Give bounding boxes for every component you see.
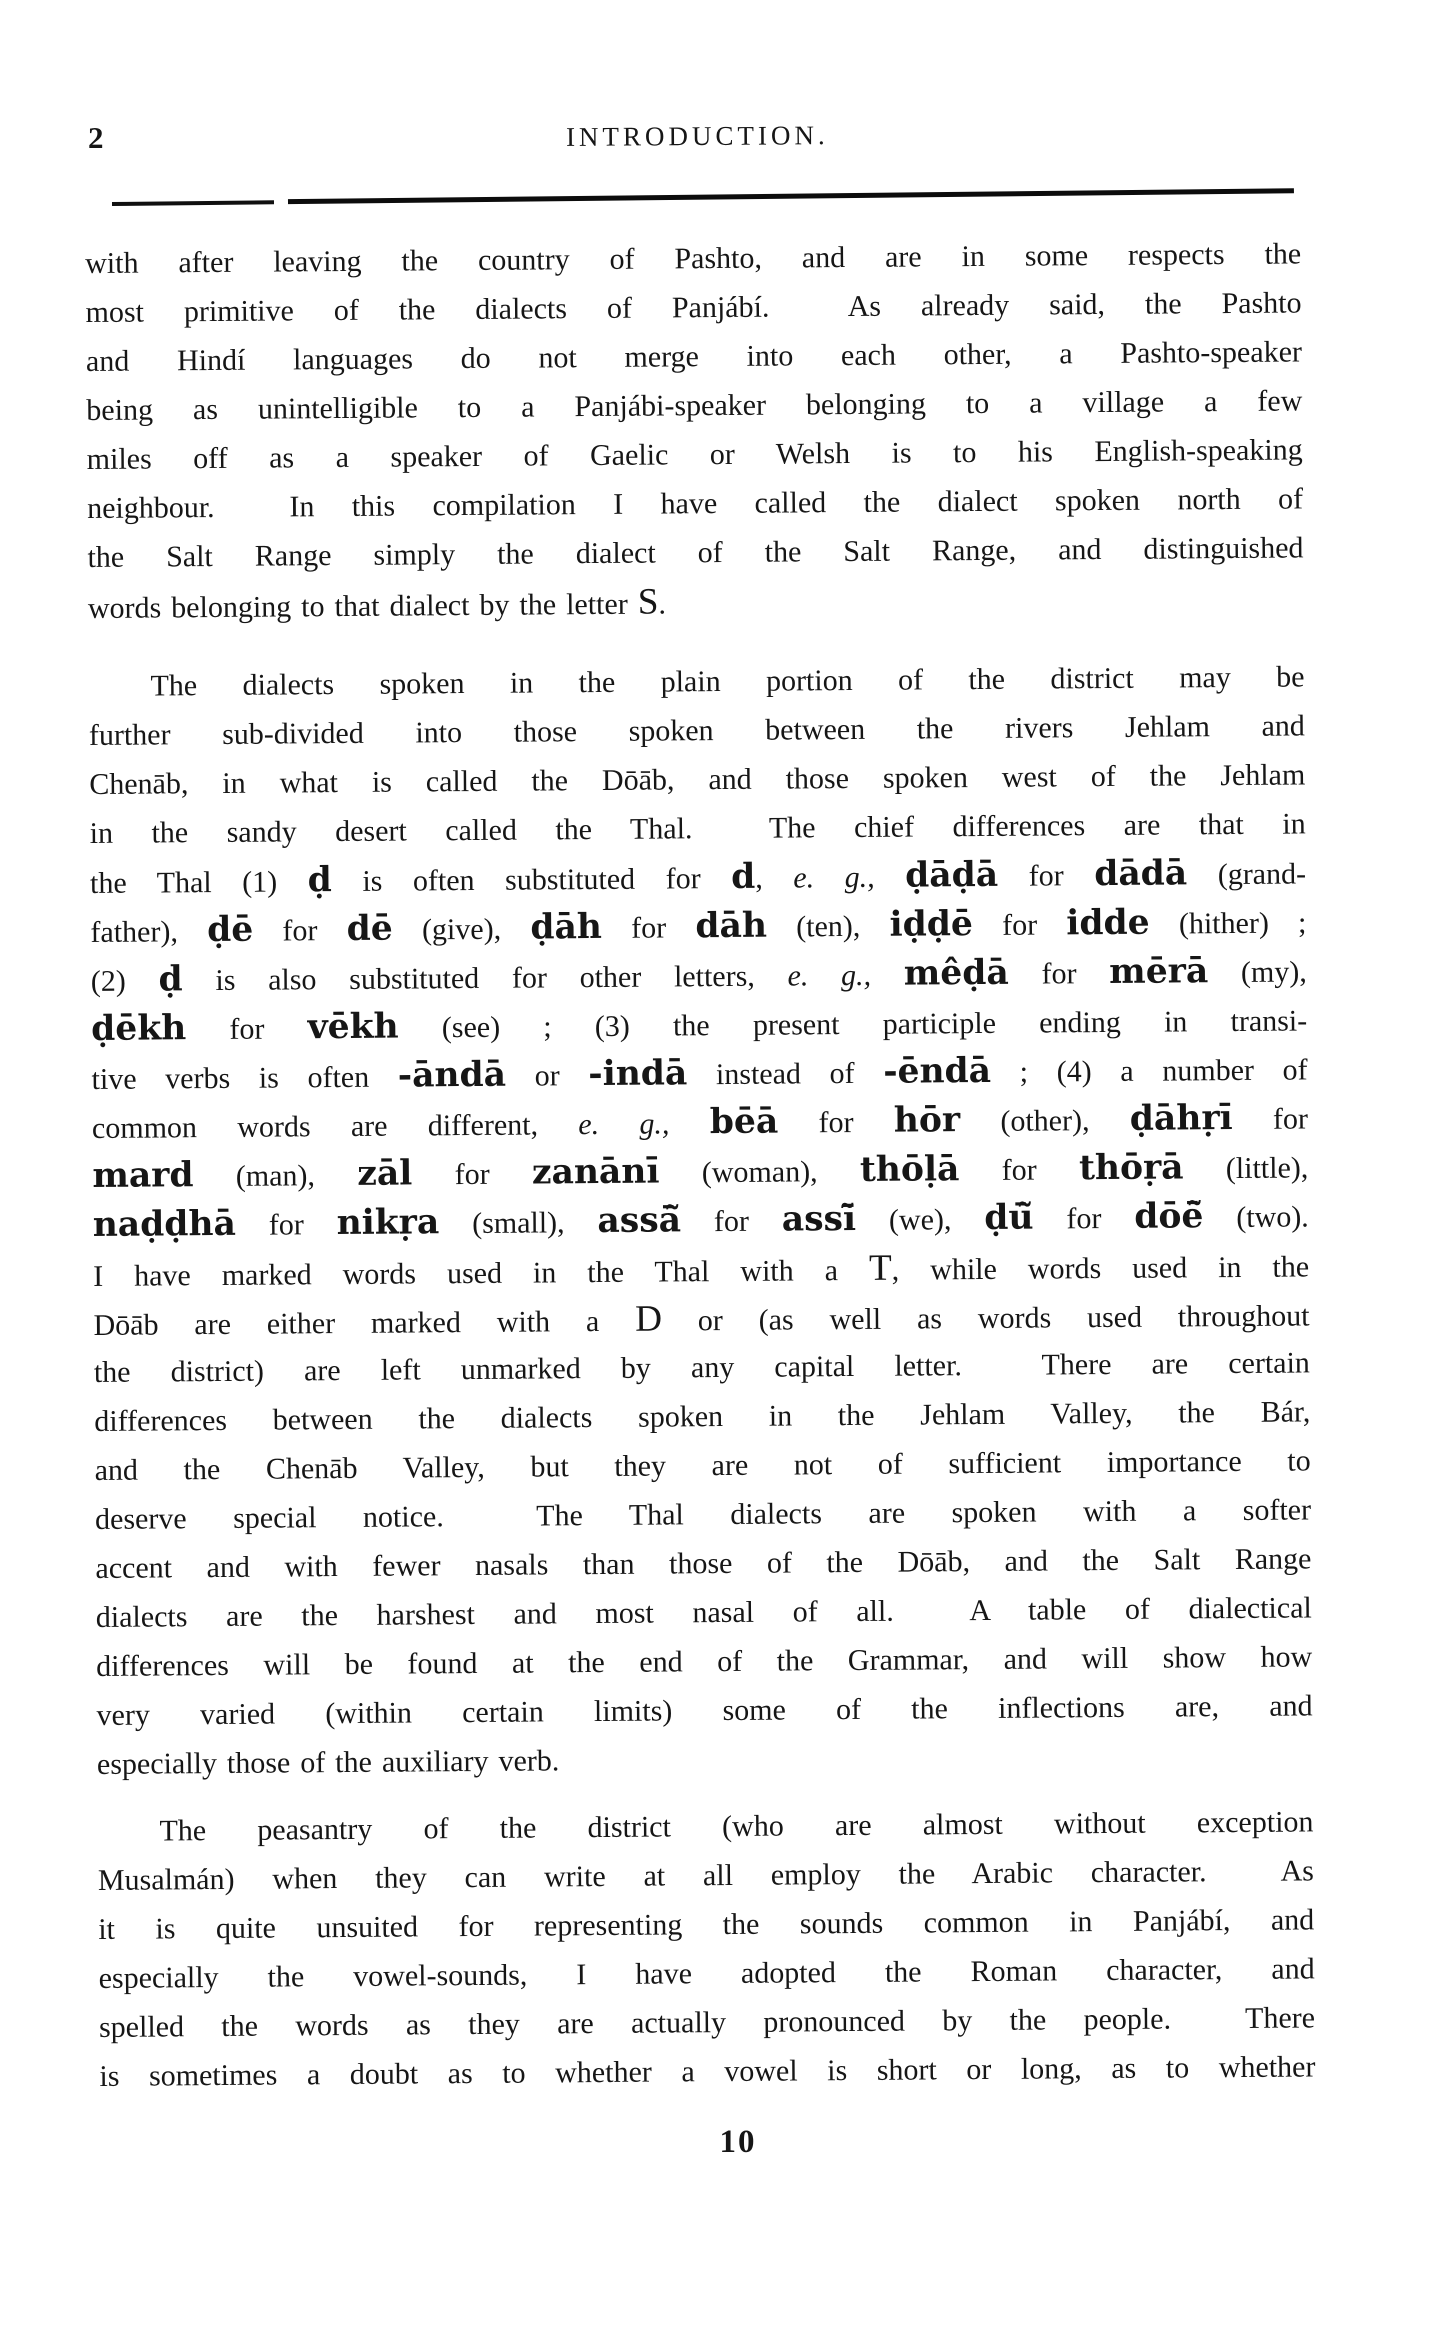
body-text: for bbox=[412, 1158, 532, 1192]
body-text: Chenāb, in what is called the Dōāb, and … bbox=[89, 758, 1305, 801]
dialect-word: assā̃ bbox=[597, 1200, 681, 1241]
dialect-word: ḍū̃ bbox=[984, 1198, 1034, 1238]
dialect-word: -ēndā bbox=[883, 1051, 991, 1092]
dialect-word: assī̃ bbox=[782, 1199, 857, 1240]
marker-capital-letter: S bbox=[638, 582, 659, 623]
body-text: (see) ; (3) the present participle endin… bbox=[399, 1004, 1308, 1044]
dialect-word: idde bbox=[1066, 903, 1150, 944]
paragraph: The peasantry of the district (who are a… bbox=[97, 1797, 1315, 2101]
body-text: (other), bbox=[960, 1104, 1130, 1138]
body-text: common words are different, bbox=[92, 1108, 579, 1145]
dialect-word: -indā bbox=[588, 1053, 687, 1094]
body-text: and Hindí languages do not merge into ea… bbox=[86, 335, 1302, 378]
marker-capital-letter: T bbox=[869, 1248, 892, 1289]
dialect-word: dādā bbox=[1094, 853, 1187, 894]
body-text: ; (4) a number of bbox=[991, 1053, 1308, 1088]
body-text: for bbox=[236, 1208, 337, 1242]
body-text: for bbox=[973, 908, 1067, 942]
header-rule bbox=[112, 188, 1294, 206]
dialect-word: dōē̃ bbox=[1134, 1196, 1203, 1237]
body-text: instead of bbox=[687, 1057, 883, 1092]
body-text bbox=[669, 1107, 710, 1140]
italic-abbreviation: e. g., bbox=[793, 861, 875, 895]
body-text: is sometimes a doubt as to whether a vow… bbox=[99, 2050, 1315, 2093]
dialect-word: hōr bbox=[894, 1100, 961, 1141]
body-text: very varied (within certain limits) some… bbox=[96, 1689, 1312, 1732]
text-line: the Salt Range simply the dialect of the… bbox=[87, 523, 1303, 582]
body-text: for bbox=[253, 914, 347, 948]
body-text: and the Chenāb Valley, but they are not … bbox=[95, 1444, 1311, 1487]
body-text: , while words used in the bbox=[892, 1250, 1310, 1286]
body-text bbox=[871, 959, 904, 992]
text-line: very varied (within certain limits) some… bbox=[96, 1681, 1312, 1740]
body-text: the Salt Range simply the dialect of the… bbox=[87, 531, 1303, 574]
page-number-bottom: 10 bbox=[683, 2124, 793, 2161]
dialect-word: mard bbox=[92, 1155, 193, 1196]
body-text: miles off as a speaker of Gaelic or Wels… bbox=[87, 433, 1303, 476]
body-text: the Thal (1) bbox=[90, 865, 308, 900]
body-text: is often substituted for bbox=[332, 862, 732, 898]
dialect-word: ḍ bbox=[308, 860, 332, 900]
text-line: especially those of the auxiliary verb. bbox=[97, 1730, 1313, 1789]
dialect-word: dē bbox=[347, 909, 393, 949]
dialect-word: dāh bbox=[695, 906, 767, 947]
body-text: deserve special notice. The Thal dialect… bbox=[95, 1493, 1311, 1536]
dialect-word: thōḷā bbox=[860, 1149, 960, 1190]
body-text: for bbox=[602, 911, 696, 945]
body-text: (grand- bbox=[1187, 857, 1306, 891]
body-text: for bbox=[1233, 1102, 1309, 1136]
body-text: differences will be found at the end of … bbox=[96, 1640, 1312, 1683]
body-text: (ten), bbox=[767, 910, 890, 944]
body-text: Musalmán) when they can write at all emp… bbox=[98, 1854, 1314, 1897]
body-text: words belonging to that dialect by the l… bbox=[88, 588, 638, 625]
dialect-word: ḍ bbox=[158, 959, 182, 999]
dialect-word: mērā bbox=[1109, 951, 1208, 992]
page-body: with after leaving the country of Pashto… bbox=[85, 229, 1316, 2100]
body-text: for bbox=[1033, 1202, 1134, 1236]
body-text: further sub-divided into those spoken be… bbox=[89, 709, 1305, 752]
body-text: is also substituted for other letters, bbox=[183, 960, 788, 998]
dialect-word: -āndā bbox=[398, 1055, 507, 1096]
body-text: The peasantry of the district (who are a… bbox=[159, 1805, 1313, 1847]
body-text: (woman), bbox=[659, 1155, 860, 1190]
dialect-word: naḍḍhā bbox=[93, 1204, 236, 1245]
dialect-word: zāl bbox=[357, 1153, 412, 1193]
header-rule-gap bbox=[274, 200, 288, 204]
body-text: the district) are left unmarked by any c… bbox=[94, 1346, 1310, 1389]
body-text: (man), bbox=[193, 1159, 357, 1193]
dialect-word: ḍē bbox=[207, 910, 253, 950]
body-text: tive verbs is often bbox=[91, 1061, 397, 1096]
paragraph: The dialects spoken in the plain portion… bbox=[88, 652, 1313, 1789]
dialect-word: vēkh bbox=[307, 1007, 398, 1048]
body-text: I have marked words used in the Thal wit… bbox=[93, 1254, 869, 1293]
marker-capital-letter: D bbox=[635, 1299, 662, 1340]
body-text: most primitive of the dialects of Panjáb… bbox=[85, 286, 1301, 329]
body-text: it is quite unsuited for representing th… bbox=[98, 1903, 1314, 1946]
text-line: words belonging to that dialect by the l… bbox=[88, 572, 1304, 631]
body-text: especially those of the auxiliary verb. bbox=[97, 1744, 560, 1781]
italic-abbreviation: e. g., bbox=[578, 1107, 669, 1141]
body-text: (little), bbox=[1183, 1151, 1308, 1185]
body-text: dialects are the harshest and most nasal… bbox=[96, 1591, 1312, 1634]
body-text: (2) bbox=[91, 964, 159, 998]
dialect-word: ḍāh bbox=[530, 907, 602, 948]
book-page: 2 INTRODUCTION. with after leaving the c… bbox=[0, 0, 1445, 2328]
body-text: . bbox=[658, 587, 666, 620]
body-text: (two). bbox=[1203, 1200, 1309, 1234]
body-text: with after leaving the country of Pashto… bbox=[85, 237, 1301, 280]
body-text: for bbox=[778, 1106, 894, 1140]
body-text: (hither) ; bbox=[1150, 906, 1307, 940]
dialect-word: bēā bbox=[710, 1102, 779, 1143]
body-text: neighbour. In this compilation I have ca… bbox=[87, 482, 1303, 525]
body-text: or (as well as words used throughout bbox=[662, 1299, 1310, 1337]
header-rule-segment-right bbox=[288, 188, 1294, 204]
body-text: The dialects spoken in the plain portion… bbox=[150, 660, 1304, 702]
italic-abbreviation: e. g., bbox=[787, 959, 871, 993]
dialect-word: ḍēkh bbox=[91, 1008, 186, 1049]
paragraph: with after leaving the country of Pashto… bbox=[85, 229, 1304, 631]
body-text: for bbox=[681, 1205, 782, 1239]
body-text: especially the vowel-sounds, I have adop… bbox=[99, 1952, 1315, 1995]
body-text: (small), bbox=[439, 1206, 597, 1240]
body-text: (give), bbox=[393, 913, 531, 947]
body-text: or bbox=[506, 1059, 589, 1093]
body-text: (we), bbox=[856, 1203, 984, 1237]
running-header-title: INTRODUCTION. bbox=[566, 120, 829, 153]
body-text: for bbox=[959, 1153, 1079, 1187]
body-text: for bbox=[1009, 957, 1110, 991]
dialect-word: d bbox=[731, 857, 755, 897]
dialect-word: nikṛa bbox=[336, 1202, 439, 1243]
body-text bbox=[875, 861, 906, 894]
body-text: (my), bbox=[1208, 955, 1307, 989]
dialect-word: zanānī bbox=[532, 1152, 660, 1193]
body-text: for bbox=[186, 1012, 308, 1046]
text-line: is sometimes a doubt as to whether a vow… bbox=[99, 2042, 1315, 2101]
header-rule-segment-left bbox=[112, 200, 274, 206]
page-number-top: 2 bbox=[88, 120, 104, 156]
body-text: Dōāb are either marked with a bbox=[93, 1305, 635, 1342]
body-text: father), bbox=[90, 915, 207, 949]
dialect-word: thōṛā bbox=[1079, 1147, 1184, 1188]
body-text: for bbox=[998, 859, 1094, 893]
body-text: spelled the words as they are actually p… bbox=[99, 2001, 1315, 2044]
body-text: accent and with fewer nasals than those … bbox=[95, 1542, 1311, 1585]
body-text: being as unintelligible to a Panjábi-spe… bbox=[86, 384, 1302, 427]
body-text: , bbox=[755, 861, 793, 894]
dialect-word: ḍāḍā bbox=[905, 855, 998, 896]
body-text: differences between the dialects spoken … bbox=[94, 1395, 1310, 1438]
dialect-word: iḍḍē bbox=[889, 904, 973, 945]
dialect-word: ḍāhṛī bbox=[1130, 1098, 1233, 1139]
dialect-word: mêḍā bbox=[904, 953, 1009, 994]
body-text: in the sandy desert called the Thal. The… bbox=[90, 807, 1306, 850]
